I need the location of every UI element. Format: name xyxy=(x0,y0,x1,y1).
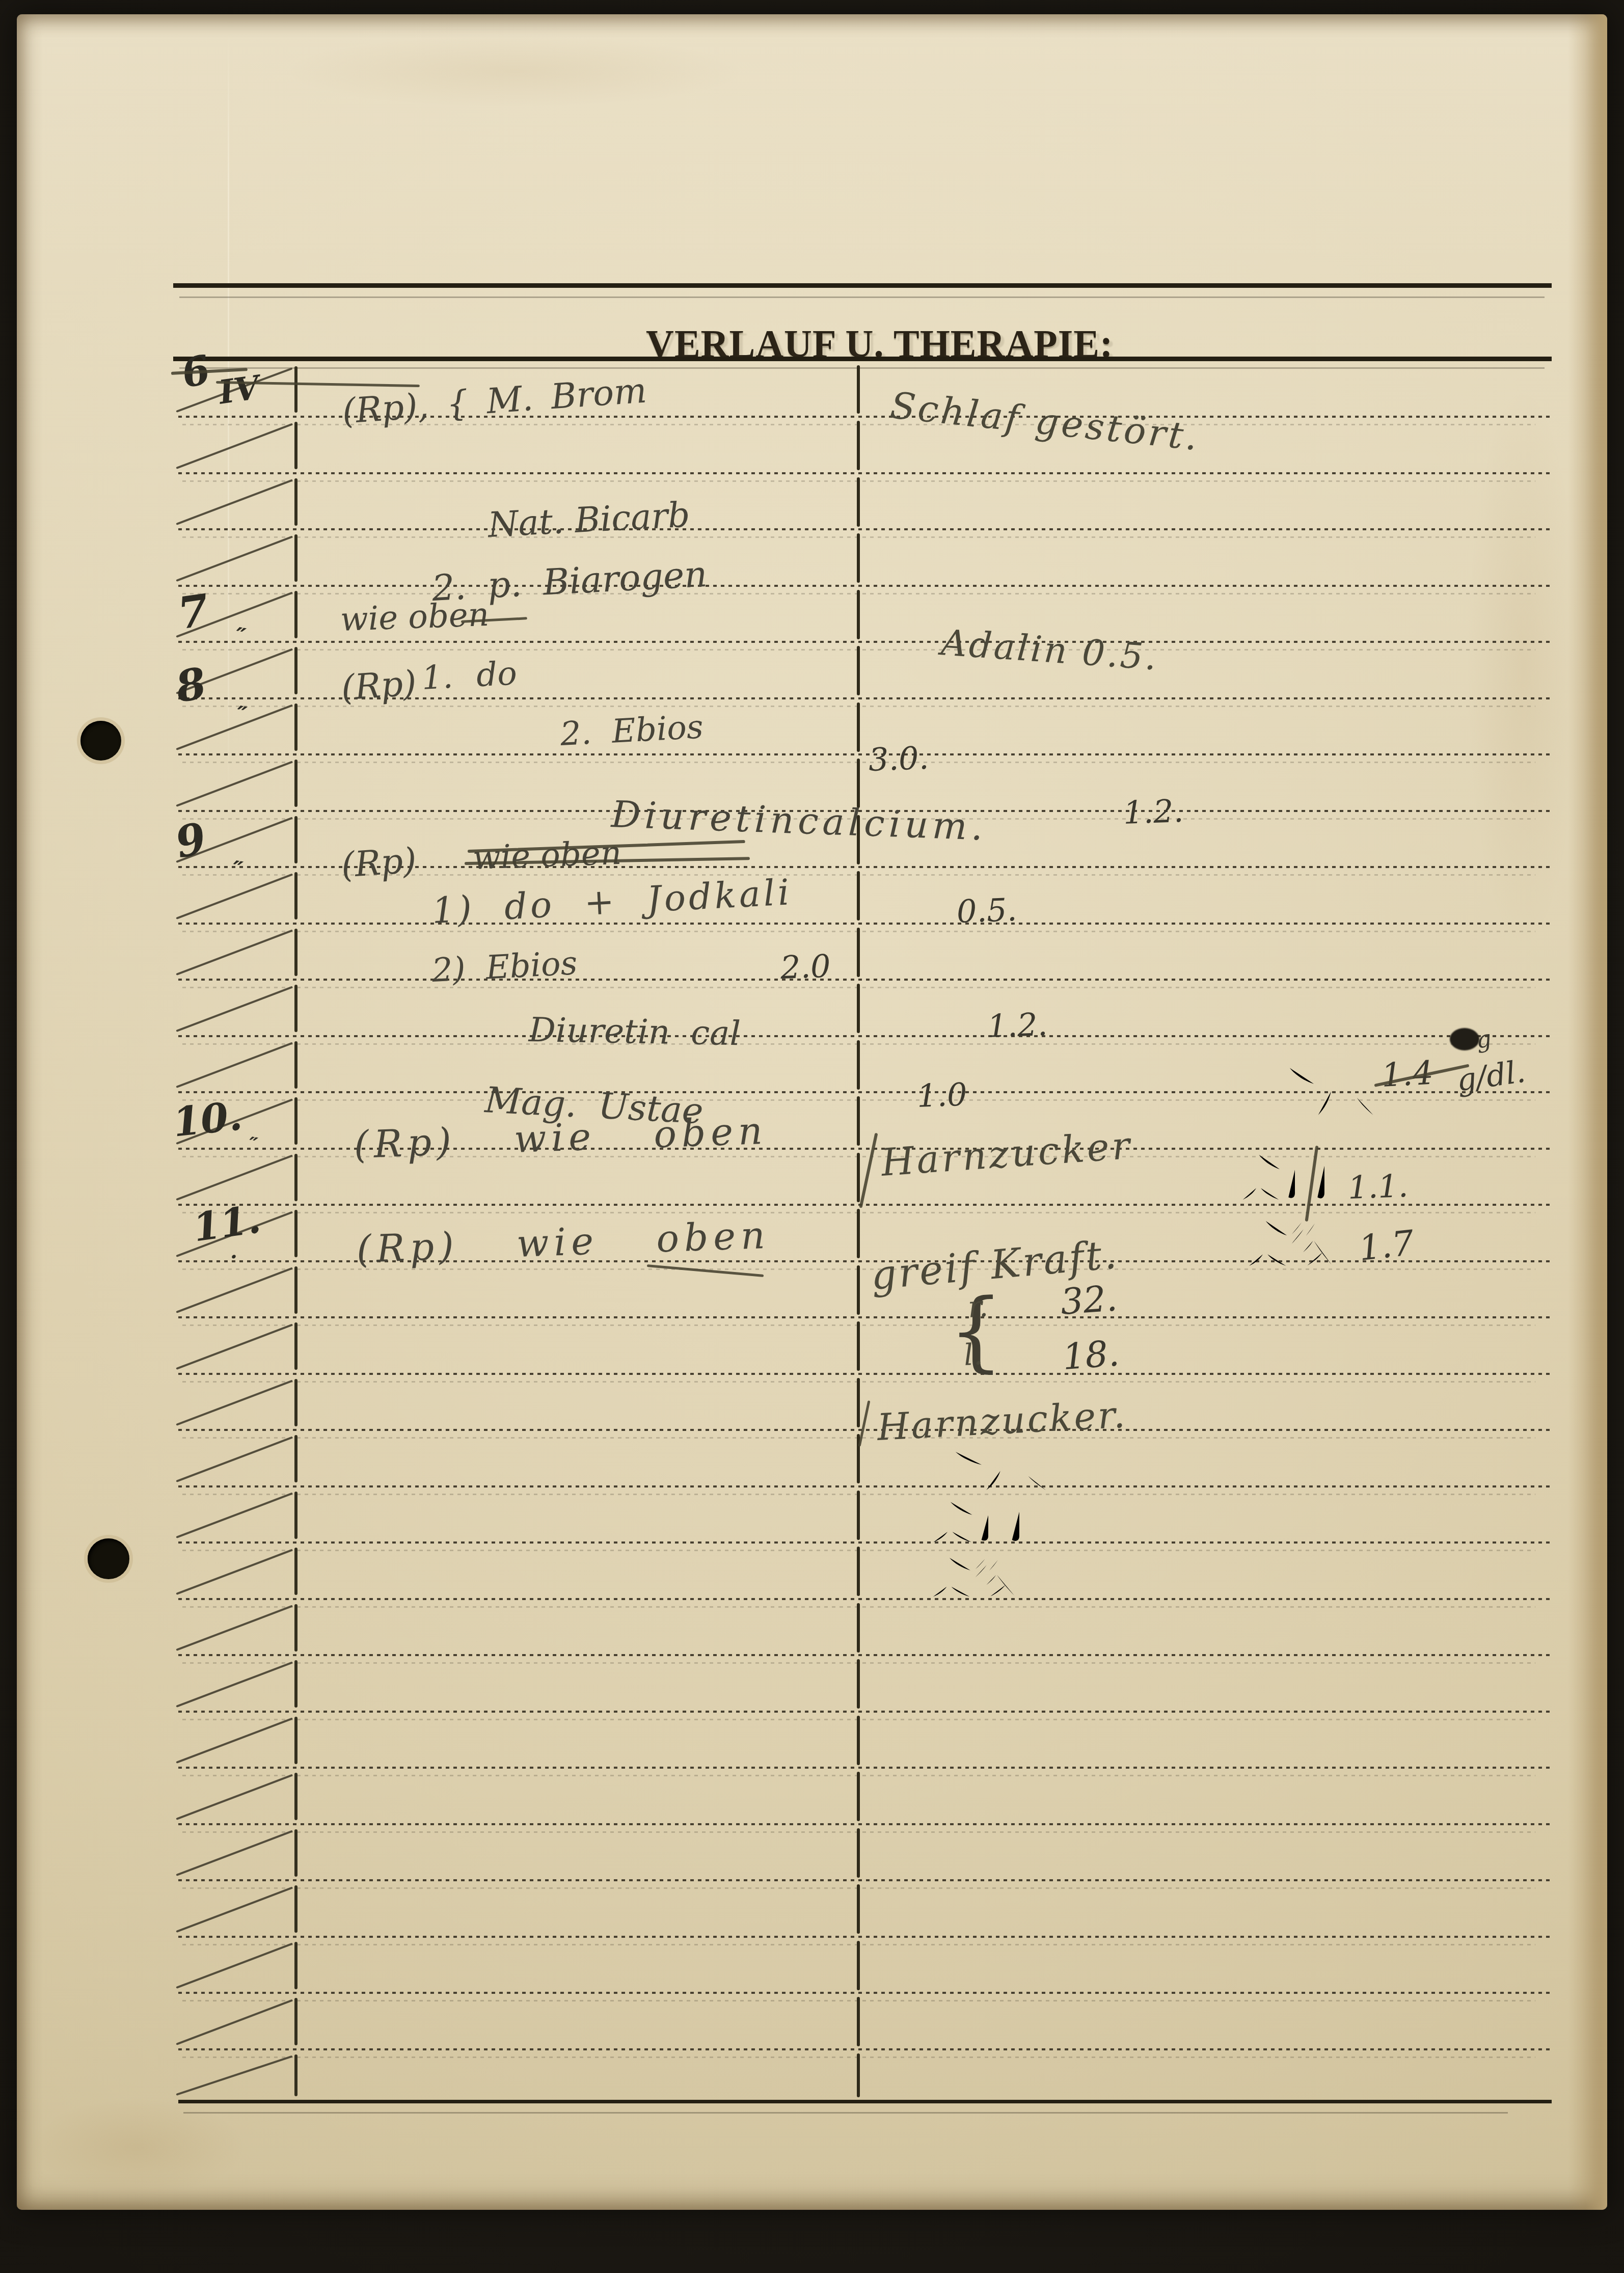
rx-line: Diuretin cal xyxy=(528,1013,741,1050)
dotted-ruling xyxy=(178,753,1552,755)
lab-unit: g/dl. xyxy=(1455,1056,1527,1096)
dotted-ruling xyxy=(178,1316,1552,1318)
column-divider-segment xyxy=(857,984,860,1033)
dose-value: 0.5. xyxy=(956,894,1017,928)
rx-line: (Rp) xyxy=(340,666,418,706)
dose-value: 3.0. xyxy=(868,742,929,776)
dotted-ruling xyxy=(178,1936,1552,1938)
margin-line-segment xyxy=(294,1210,297,1257)
date-day-7: 7 xyxy=(175,588,211,636)
rx-line: (Rp) xyxy=(340,844,418,883)
column-divider-segment xyxy=(857,1659,860,1709)
dotted-ruling xyxy=(178,641,1552,643)
margin-line-segment xyxy=(294,2054,297,2096)
margin-line-segment xyxy=(294,1717,297,1764)
margin-line-segment xyxy=(294,1154,297,1201)
dose-value: 1.0 xyxy=(916,1079,968,1112)
column-divider-segment xyxy=(857,1603,860,1653)
ditto-mark: . xyxy=(230,1241,237,1262)
rx-line-struck: wie oben xyxy=(472,837,622,875)
margin-line-segment xyxy=(294,985,297,1032)
table-top-rule xyxy=(173,357,1552,361)
kanji-zennyo-icon xyxy=(928,1449,1050,1493)
margin-line-segment xyxy=(294,1041,297,1089)
kanji-shokugo-icon xyxy=(1243,1219,1342,1267)
margin-line-segment xyxy=(294,872,297,919)
margin-line-segment xyxy=(294,1379,297,1426)
dotted-ruling xyxy=(178,979,1552,981)
margin-line-segment xyxy=(294,366,297,413)
margin-line-segment xyxy=(294,422,297,469)
column-divider-segment xyxy=(857,702,860,752)
date-day-11: 11. xyxy=(191,1200,263,1248)
dotted-ruling xyxy=(178,1823,1552,1825)
rx-line: wie oben xyxy=(340,599,490,636)
column-divider-segment xyxy=(857,365,860,414)
margin-line-segment xyxy=(294,703,297,751)
column-divider-segment xyxy=(857,1716,860,1765)
column-divider-segment xyxy=(857,1209,860,1258)
margin-line-segment xyxy=(294,591,297,638)
margin-line-segment xyxy=(294,1548,297,1595)
column-divider-segment xyxy=(857,1153,860,1202)
column-divider-segment xyxy=(857,759,860,808)
date-day-10: 10. xyxy=(171,1096,244,1143)
column-divider-segment xyxy=(857,1997,860,2046)
margin-line-segment xyxy=(294,478,297,526)
rx-line: Nat. Bicarb xyxy=(487,498,691,543)
column-divider-segment xyxy=(857,477,860,527)
column-divider-segment xyxy=(857,1040,860,1090)
margin-line-segment xyxy=(294,1773,297,1820)
dose-value: 1.2. xyxy=(987,1009,1048,1042)
dotted-ruling xyxy=(178,1429,1552,1431)
dotted-ruling xyxy=(178,2048,1552,2050)
margin-line-segment xyxy=(294,1492,297,1539)
dotted-ruling xyxy=(178,1654,1552,1656)
column-divider-segment xyxy=(857,871,860,921)
column-divider-segment xyxy=(857,1941,860,1990)
grip-right-label: r. xyxy=(967,1291,989,1322)
dotted-ruling xyxy=(178,585,1552,587)
punch-hole-bottom xyxy=(88,1538,129,1579)
punch-hole-top xyxy=(80,721,121,761)
title-rule-echo xyxy=(179,296,1545,298)
column-divider-segment xyxy=(857,1321,860,1371)
margin-line-segment xyxy=(294,1942,297,1989)
rx-line: 1. do xyxy=(421,657,518,695)
column-divider-segment xyxy=(857,1491,860,1540)
column-divider-segment xyxy=(857,590,860,639)
column-divider-segment xyxy=(857,533,860,583)
kanji-shokuzen-icon xyxy=(927,1500,1029,1543)
dose-value: 1.2. xyxy=(1123,795,1184,829)
dotted-ruling xyxy=(178,1992,1552,1994)
margin-line-segment xyxy=(294,929,297,976)
column-divider-segment xyxy=(857,1547,860,1596)
dotted-ruling xyxy=(178,1373,1552,1375)
dotted-ruling xyxy=(178,472,1552,474)
column-divider-segment xyxy=(857,1378,860,1427)
column-divider-segment xyxy=(857,646,860,695)
dotted-ruling xyxy=(178,1485,1552,1487)
margin-line-segment xyxy=(294,1322,297,1370)
grip-left-value: 18. xyxy=(1062,1335,1121,1375)
dotted-ruling xyxy=(178,1767,1552,1769)
paper-crease xyxy=(228,31,229,795)
date-month-IV: IV xyxy=(217,371,262,409)
margin-line-segment xyxy=(294,647,297,694)
grip-left-label: l. xyxy=(963,1339,983,1370)
column-divider-segment xyxy=(857,1096,860,1146)
rx-line: 2) Ebios xyxy=(431,947,578,987)
margin-line-segment xyxy=(294,1604,297,1652)
column-divider-segment xyxy=(857,1265,860,1315)
dotted-ruling xyxy=(178,528,1552,530)
kanji-shokuzen-icon xyxy=(1237,1152,1334,1201)
page-edge-shadow xyxy=(1568,14,1607,2210)
margin-line-segment xyxy=(294,534,297,582)
column-divider-segment xyxy=(857,928,860,977)
dotted-ruling xyxy=(178,1598,1552,1600)
dose-value: 2.0 xyxy=(780,951,831,984)
lab-value: 1.7 xyxy=(1357,1226,1416,1266)
column-divider-segment xyxy=(857,1884,860,1934)
grip-right-value: 32. xyxy=(1060,1280,1119,1320)
margin-line-segment xyxy=(294,1435,297,1482)
scanned-record-screenshot: { "document": { "kind": "patient chart p… xyxy=(0,0,1624,2273)
dotted-ruling xyxy=(178,1035,1552,1037)
margin-line-segment xyxy=(294,1660,297,1708)
margin-line-segment xyxy=(294,1266,297,1314)
margin-line-segment xyxy=(294,1998,297,2045)
dotted-ruling xyxy=(178,923,1552,925)
margin-line-segment xyxy=(294,1829,297,1877)
margin-line-segment xyxy=(294,1097,297,1145)
dotted-ruling xyxy=(178,1711,1552,1713)
table-bottom-rule xyxy=(178,2100,1552,2103)
dotted-ruling xyxy=(178,1204,1552,1206)
kanji-zennyo-icon xyxy=(1264,1065,1377,1118)
margin-line-segment xyxy=(294,1885,297,1933)
column-divider-segment xyxy=(857,1772,860,1821)
lab-correction: g xyxy=(1475,1026,1493,1052)
dotted-ruling xyxy=(178,1879,1552,1881)
rx-line: 2. Ebios xyxy=(559,711,704,751)
kanji-shokugo-icon xyxy=(927,1556,1025,1598)
table-top-rule-echo xyxy=(179,367,1545,369)
margin-line-segment xyxy=(294,760,297,807)
column-divider-segment xyxy=(857,2053,860,2097)
table-bottom-rule-echo xyxy=(183,2112,1508,2114)
column-divider-segment xyxy=(857,1828,860,1878)
margin-line-segment xyxy=(294,816,297,863)
lab-value: 1.1. xyxy=(1347,1170,1409,1204)
column-divider-segment xyxy=(857,421,860,470)
title-rule xyxy=(173,283,1552,288)
dotted-ruling xyxy=(178,1541,1552,1544)
